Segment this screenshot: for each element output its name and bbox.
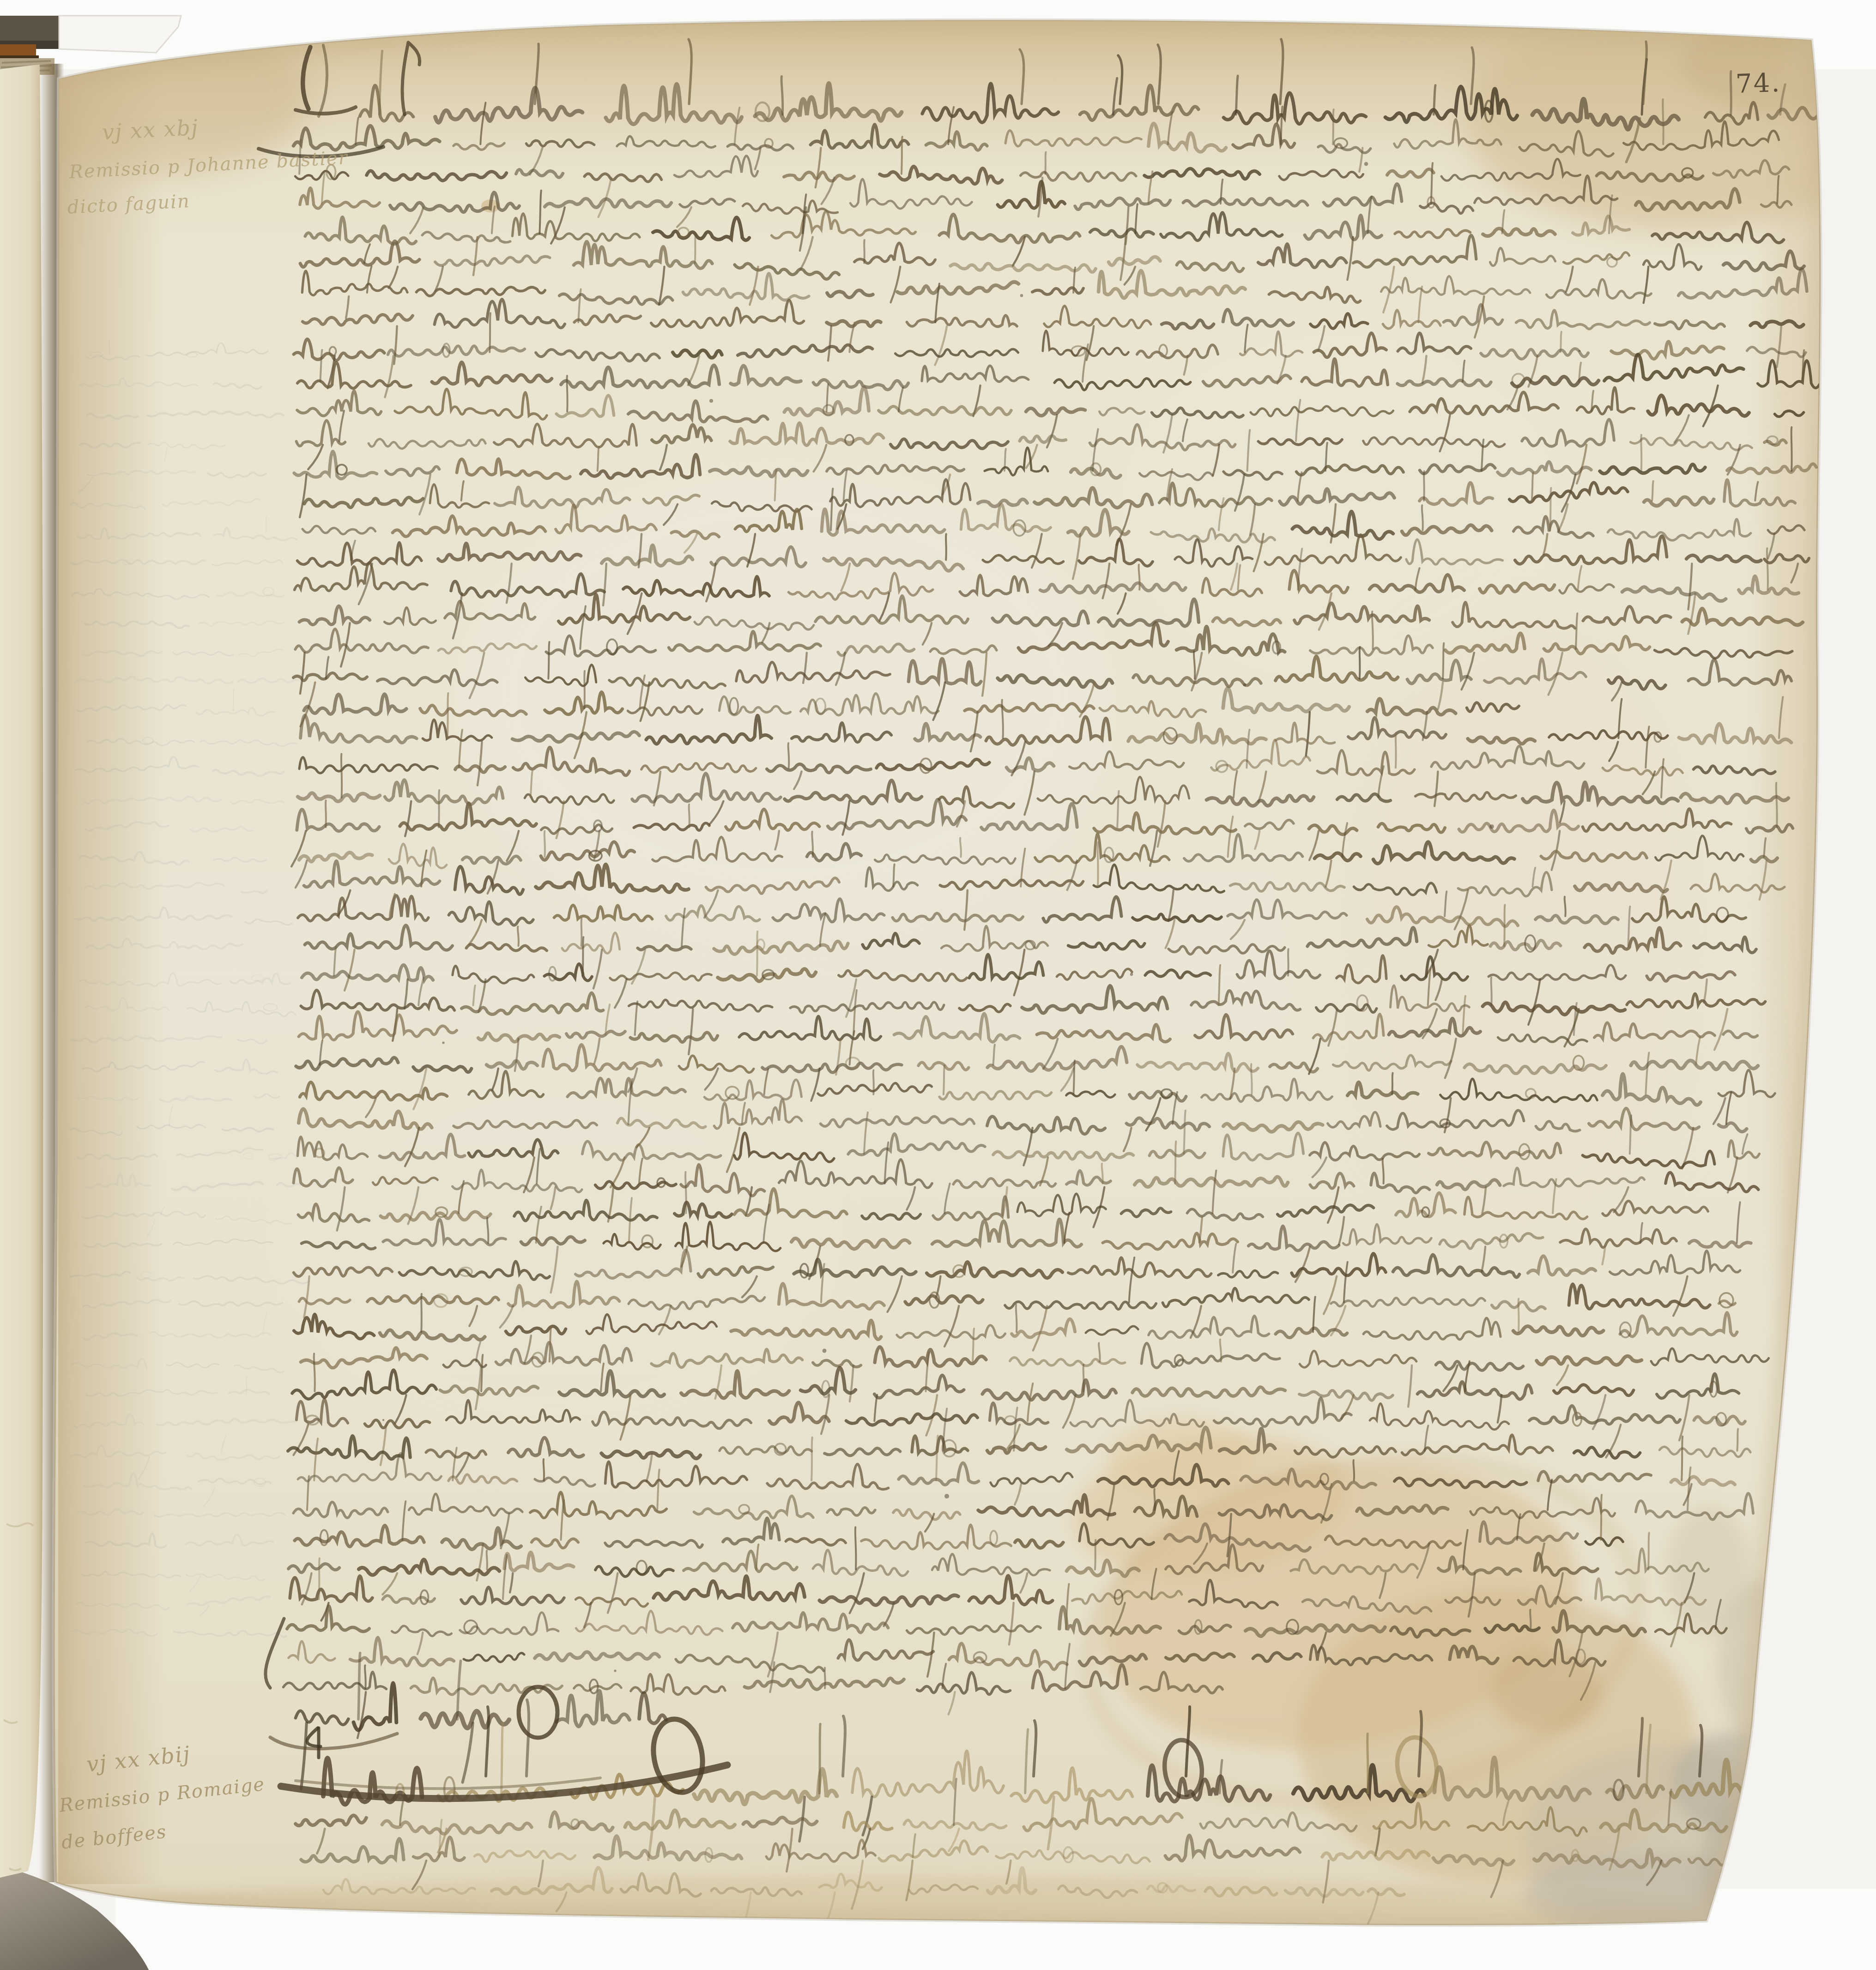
binding-leather [0,44,36,56]
margin-note-top-line-1: vj xx xbj [102,115,200,145]
manuscript-photo: 74. vj xx xbj Remissio p Johanne bastier… [0,0,1876,1970]
previous-page-edge [0,65,43,1878]
folio-number: 74. [1735,68,1781,99]
manuscript-scene: 74. vj xx xbj Remissio p Johanne bastier… [0,0,1876,1970]
